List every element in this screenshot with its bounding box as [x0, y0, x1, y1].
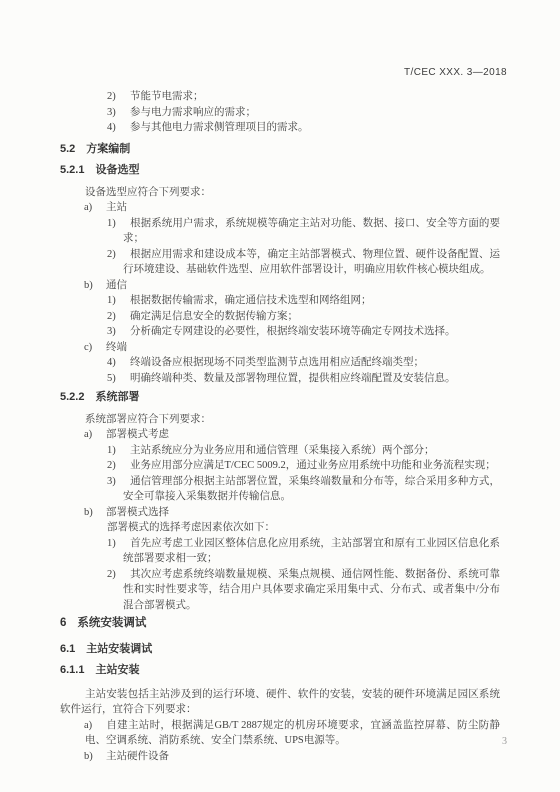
- list-item: 3)参与电力需求响应的需求；: [60, 105, 500, 121]
- page-number: 3: [502, 734, 507, 750]
- running-header-doc-code: T/CEC XXX. 3—2018: [404, 65, 507, 81]
- list-item-number: 4): [107, 120, 130, 136]
- list-item: 1)根据系统用户需求，系统规模等确定主站对功能、数据、接口、安全等方面的要求；: [60, 216, 500, 247]
- list-item-number: 1): [107, 293, 130, 309]
- body-paragraph: 主站安装包括主站涉及到的运行环境、硬件、软件的安装，安装的硬件环境满足园区系统软…: [60, 687, 500, 718]
- list-item-a: a)自建主站时，根据满足GB/T 2887规定的机房环境要求，宜涵盖监控屏幕、防…: [60, 718, 500, 749]
- list-item-text: 节能节电需求；: [130, 91, 204, 102]
- list-item: 2)其次应考虑系统终端数量规模、采集点规模、通信网性能、数据备份、系统可靠性和实…: [60, 567, 500, 614]
- section-heading-5-2-1: 5.2.1设备选型: [60, 163, 500, 179]
- list-item-text: 根据数据传输需求，确定通信技术选型和网络组网；: [130, 295, 372, 306]
- list-item-text: 通信管理部分根据主站部署位置，采集终端数量和分布等，综合采用多种方式，安全可靠接…: [123, 476, 500, 503]
- section-number: 6.1: [60, 642, 75, 658]
- list-item-number: 3): [107, 474, 130, 490]
- list-item-text: 参与电力需求响应的需求；: [130, 107, 256, 118]
- list-item-number: 4): [107, 355, 130, 371]
- list-item-text: 主站: [106, 202, 127, 213]
- list-item: 2)确定满足信息安全的数据传输方案；: [60, 309, 500, 325]
- section-number: 5.2.1: [60, 163, 84, 179]
- list-item-b: b)部署模式选择: [60, 505, 500, 521]
- list-item-number: 5): [107, 371, 130, 387]
- section-number: 5.2: [60, 142, 75, 158]
- section-number: 5.2.2: [60, 390, 84, 406]
- list-item: 4)参与其他电力需求侧管理项目的需求。: [60, 120, 500, 136]
- list-item-number: 3): [107, 105, 130, 121]
- list-item-a: a)部署模式考虑: [60, 427, 500, 443]
- list-item-text: 明确终端种类、数量及部署物理位置，提供相应终端配置及安装信息。: [130, 373, 456, 384]
- list-item-label: a): [84, 718, 106, 734]
- list-item-label: a): [84, 427, 106, 443]
- section-title: 系统部署: [95, 391, 139, 403]
- list-item-text: 部署模式选择: [106, 507, 169, 518]
- list-item: 3)分析确定专网建设的必要性，根据终端安装环境等确定专网技术选择。: [60, 324, 500, 340]
- list-item-c: c)终端: [60, 340, 500, 356]
- list-item-text: 终端设备应根据现场不同类型监测节点选用相应适配终端类型；: [130, 357, 424, 368]
- list-item: 2)业务应用部分应满足T/CEC 5009.2，通过业务应用系统中功能和业务流程…: [60, 458, 500, 474]
- list-item: 2)根据应用需求和建设成本等，确定主站部署模式、物理位置、硬件设备配置、运行环境…: [60, 247, 500, 278]
- section-heading-6: 6系统安装调试: [60, 616, 500, 632]
- list-item-text: 主站系统应分为业务应用和通信管理（采集接入系统）两个部分；: [130, 445, 435, 456]
- list-item-number: 2): [107, 567, 130, 583]
- list-item-label: c): [84, 340, 106, 356]
- section-heading-6-1: 6.1主站安装调试: [60, 642, 500, 658]
- list-item-note: 部署模式的选择考虑因素依次如下：: [60, 520, 500, 536]
- list-item-b: b)主站硬件设备: [60, 749, 500, 765]
- section-heading-6-1-1: 6.1.1主站安装: [60, 663, 500, 679]
- section-title: 设备选型: [95, 164, 139, 176]
- section-heading-5-2-2: 5.2.2系统部署: [60, 390, 500, 406]
- list-item: 4)终端设备应根据现场不同类型监测节点选用相应适配终端类型；: [60, 355, 500, 371]
- list-item-text: 终端: [106, 342, 127, 353]
- document-page: T/CEC XXX. 3—2018 2)节能节电需求； 3)参与电力需求响应的需…: [0, 0, 560, 792]
- list-item-text: 通信: [106, 280, 127, 291]
- list-item: 2)节能节电需求；: [60, 89, 500, 105]
- list-item-label: b): [84, 749, 106, 765]
- list-item-number: 2): [107, 89, 130, 105]
- list-item-number: 2): [107, 458, 130, 474]
- page-content: 2)节能节电需求； 3)参与电力需求响应的需求； 4)参与其他电力需求侧管理项目…: [60, 0, 500, 764]
- list-item-number: 2): [107, 247, 130, 263]
- list-item-number: 3): [107, 324, 130, 340]
- list-item-text: 部署模式考虑: [106, 429, 169, 440]
- section-title: 主站安装调试: [86, 643, 152, 655]
- list-item-text: 业务应用部分应满足T/CEC 5009.2，通过业务应用系统中功能和业务流程实现…: [130, 460, 496, 471]
- list-item-text: 其次应考虑系统终端数量规模、采集点规模、通信网性能、数据备份、系统可靠性和实时性…: [123, 569, 500, 611]
- section-number: 6: [60, 616, 66, 632]
- list-item-text: 首先应考虑工业园区整体信息化应用系统，主站部署宜和原有工业园区信息化系统部署要求…: [123, 538, 500, 565]
- list-item: 1)首先应考虑工业园区整体信息化应用系统，主站部署宜和原有工业园区信息化系统部署…: [60, 536, 500, 567]
- list-item-text: 分析确定专网建设的必要性，根据终端安装环境等确定专网技术选择。: [130, 326, 456, 337]
- list-item-a: a)主站: [60, 200, 500, 216]
- lead-paragraph: 系统部署应符合下列要求：: [60, 412, 500, 428]
- list-item-text: 确定满足信息安全的数据传输方案；: [130, 311, 298, 322]
- list-item-text: 主站硬件设备: [106, 751, 169, 762]
- section-title: 方案编制: [86, 143, 130, 155]
- list-item-number: 1): [107, 443, 130, 459]
- list-item-text: 根据系统用户需求，系统规模等确定主站对功能、数据、接口、安全等方面的要求；: [123, 218, 500, 245]
- list-item: 1)根据数据传输需求，确定通信技术选型和网络组网；: [60, 293, 500, 309]
- list-item-b: b)通信: [60, 278, 500, 294]
- list-item: 1)主站系统应分为业务应用和通信管理（采集接入系统）两个部分；: [60, 443, 500, 459]
- lead-paragraph: 设备选型应符合下列要求：: [60, 185, 500, 201]
- section-title: 系统安装调试: [77, 617, 146, 629]
- list-item-number: 2): [107, 309, 130, 325]
- list-item: 5)明确终端种类、数量及部署物理位置，提供相应终端配置及安装信息。: [60, 371, 500, 387]
- list-item-number: 1): [107, 536, 130, 552]
- list-item-text: 自建主站时，根据满足GB/T 2887规定的机房环境要求，宜涵盖监控屏幕、防尘防…: [85, 720, 500, 747]
- section-number: 6.1.1: [60, 663, 84, 679]
- section-title: 主站安装: [95, 664, 139, 676]
- section-heading-5-2: 5.2方案编制: [60, 142, 500, 158]
- list-item-number: 1): [107, 216, 130, 232]
- list-item-text: 参与其他电力需求侧管理项目的需求。: [130, 122, 309, 133]
- list-item-label: a): [84, 200, 106, 216]
- list-item-label: b): [84, 278, 106, 294]
- list-item: 3)通信管理部分根据主站部署位置，采集终端数量和分布等，综合采用多种方式，安全可…: [60, 474, 500, 505]
- list-item-text: 根据应用需求和建设成本等，确定主站部署模式、物理位置、硬件设备配置、运行环境建设…: [123, 249, 500, 276]
- list-item-label: b): [84, 505, 106, 521]
